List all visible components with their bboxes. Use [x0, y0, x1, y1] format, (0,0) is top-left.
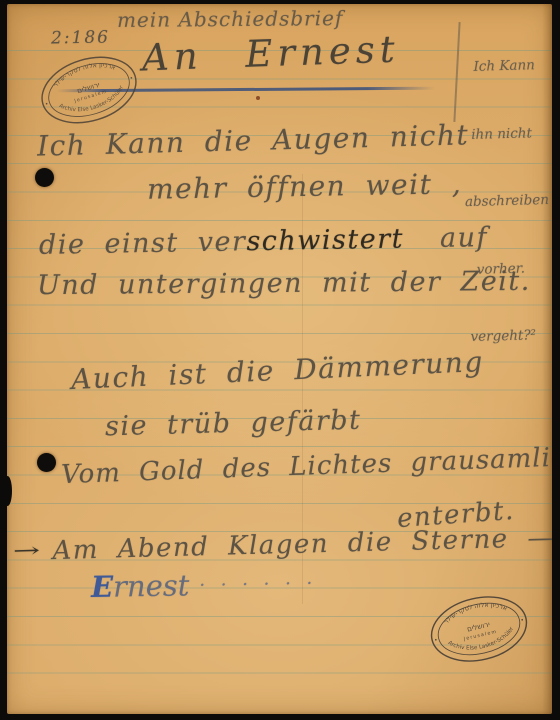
page-title: An Ernest [141, 28, 400, 80]
archive-stamp-seal-icon: ארכיון אלזה לסקר-שילר ירושלים Jerusalem … [28, 40, 150, 140]
arrow-mark-icon: → [13, 539, 43, 562]
signature-initial: E [91, 570, 114, 604]
paper-speck [256, 96, 260, 100]
poem-line-7: Vom Gold des Lichtes grausamlich [61, 442, 552, 490]
margin-note: Ich Kann ihn nicht abschreiben vorher. v… [460, 9, 552, 394]
poem-line-4: Und untergingen mit der Zeit. [37, 266, 531, 301]
scanned-manuscript-page: 2:186 mein Abschiedsbrief An Ernest Ich … [0, 0, 560, 720]
paper: 2:186 mein Abschiedsbrief An Ernest Ich … [7, 4, 552, 714]
stamp-side-dot: • [129, 76, 134, 83]
poem-line-3-end: auf [440, 222, 489, 254]
margin-note-line: Ich Kann [461, 54, 546, 79]
stamp-side-dot: • [434, 638, 439, 645]
signature: Ernest· · · · · · [91, 566, 318, 604]
poem-line-1: Ich Kann die Augen nicht [37, 118, 470, 162]
poem-line-3-start: die einst ver [39, 226, 247, 261]
stamp-side-dot: • [44, 101, 49, 108]
archive-stamp-top: ארכיון אלזה לסקר-שילר ירושלים Jerusalem … [28, 40, 150, 140]
poem-line-2: mehr öffnen weit , [147, 167, 463, 205]
poem-line-3: die einst verschwistertauf [39, 222, 488, 261]
signature-dots: · · · · · · [199, 573, 317, 596]
archive-stamp-bottom: ארכיון אלזה לסקר-שילר ירושלים Jerusalem … [419, 582, 538, 676]
scan-edge-notch [7, 476, 12, 506]
catalog-number: 2:186 [51, 27, 110, 48]
margin-note-rule [453, 22, 460, 122]
margin-note-line: ihn nicht [463, 121, 548, 146]
hole-punch-top [35, 168, 54, 187]
poem-line-9: →Am Abend Klagen die Sterne — [19, 523, 552, 567]
header-note: mein Abschiedsbrief [117, 6, 344, 32]
poem-line-5: Auch ist die Dämmerung [70, 345, 484, 396]
archive-stamp-seal-icon: ארכיון אלזה לסקר-שילר ירושלים Jerusalem … [419, 582, 538, 676]
stamp-side-dot: • [520, 618, 525, 625]
poem-line-6: sie trüb gefärbt [105, 405, 362, 443]
margin-note-line: abschreiben [465, 189, 550, 214]
poem-line-3-overwritten: schwistert [246, 224, 404, 258]
signature-rest: rnest [113, 568, 190, 603]
hole-punch-bottom [37, 453, 56, 472]
